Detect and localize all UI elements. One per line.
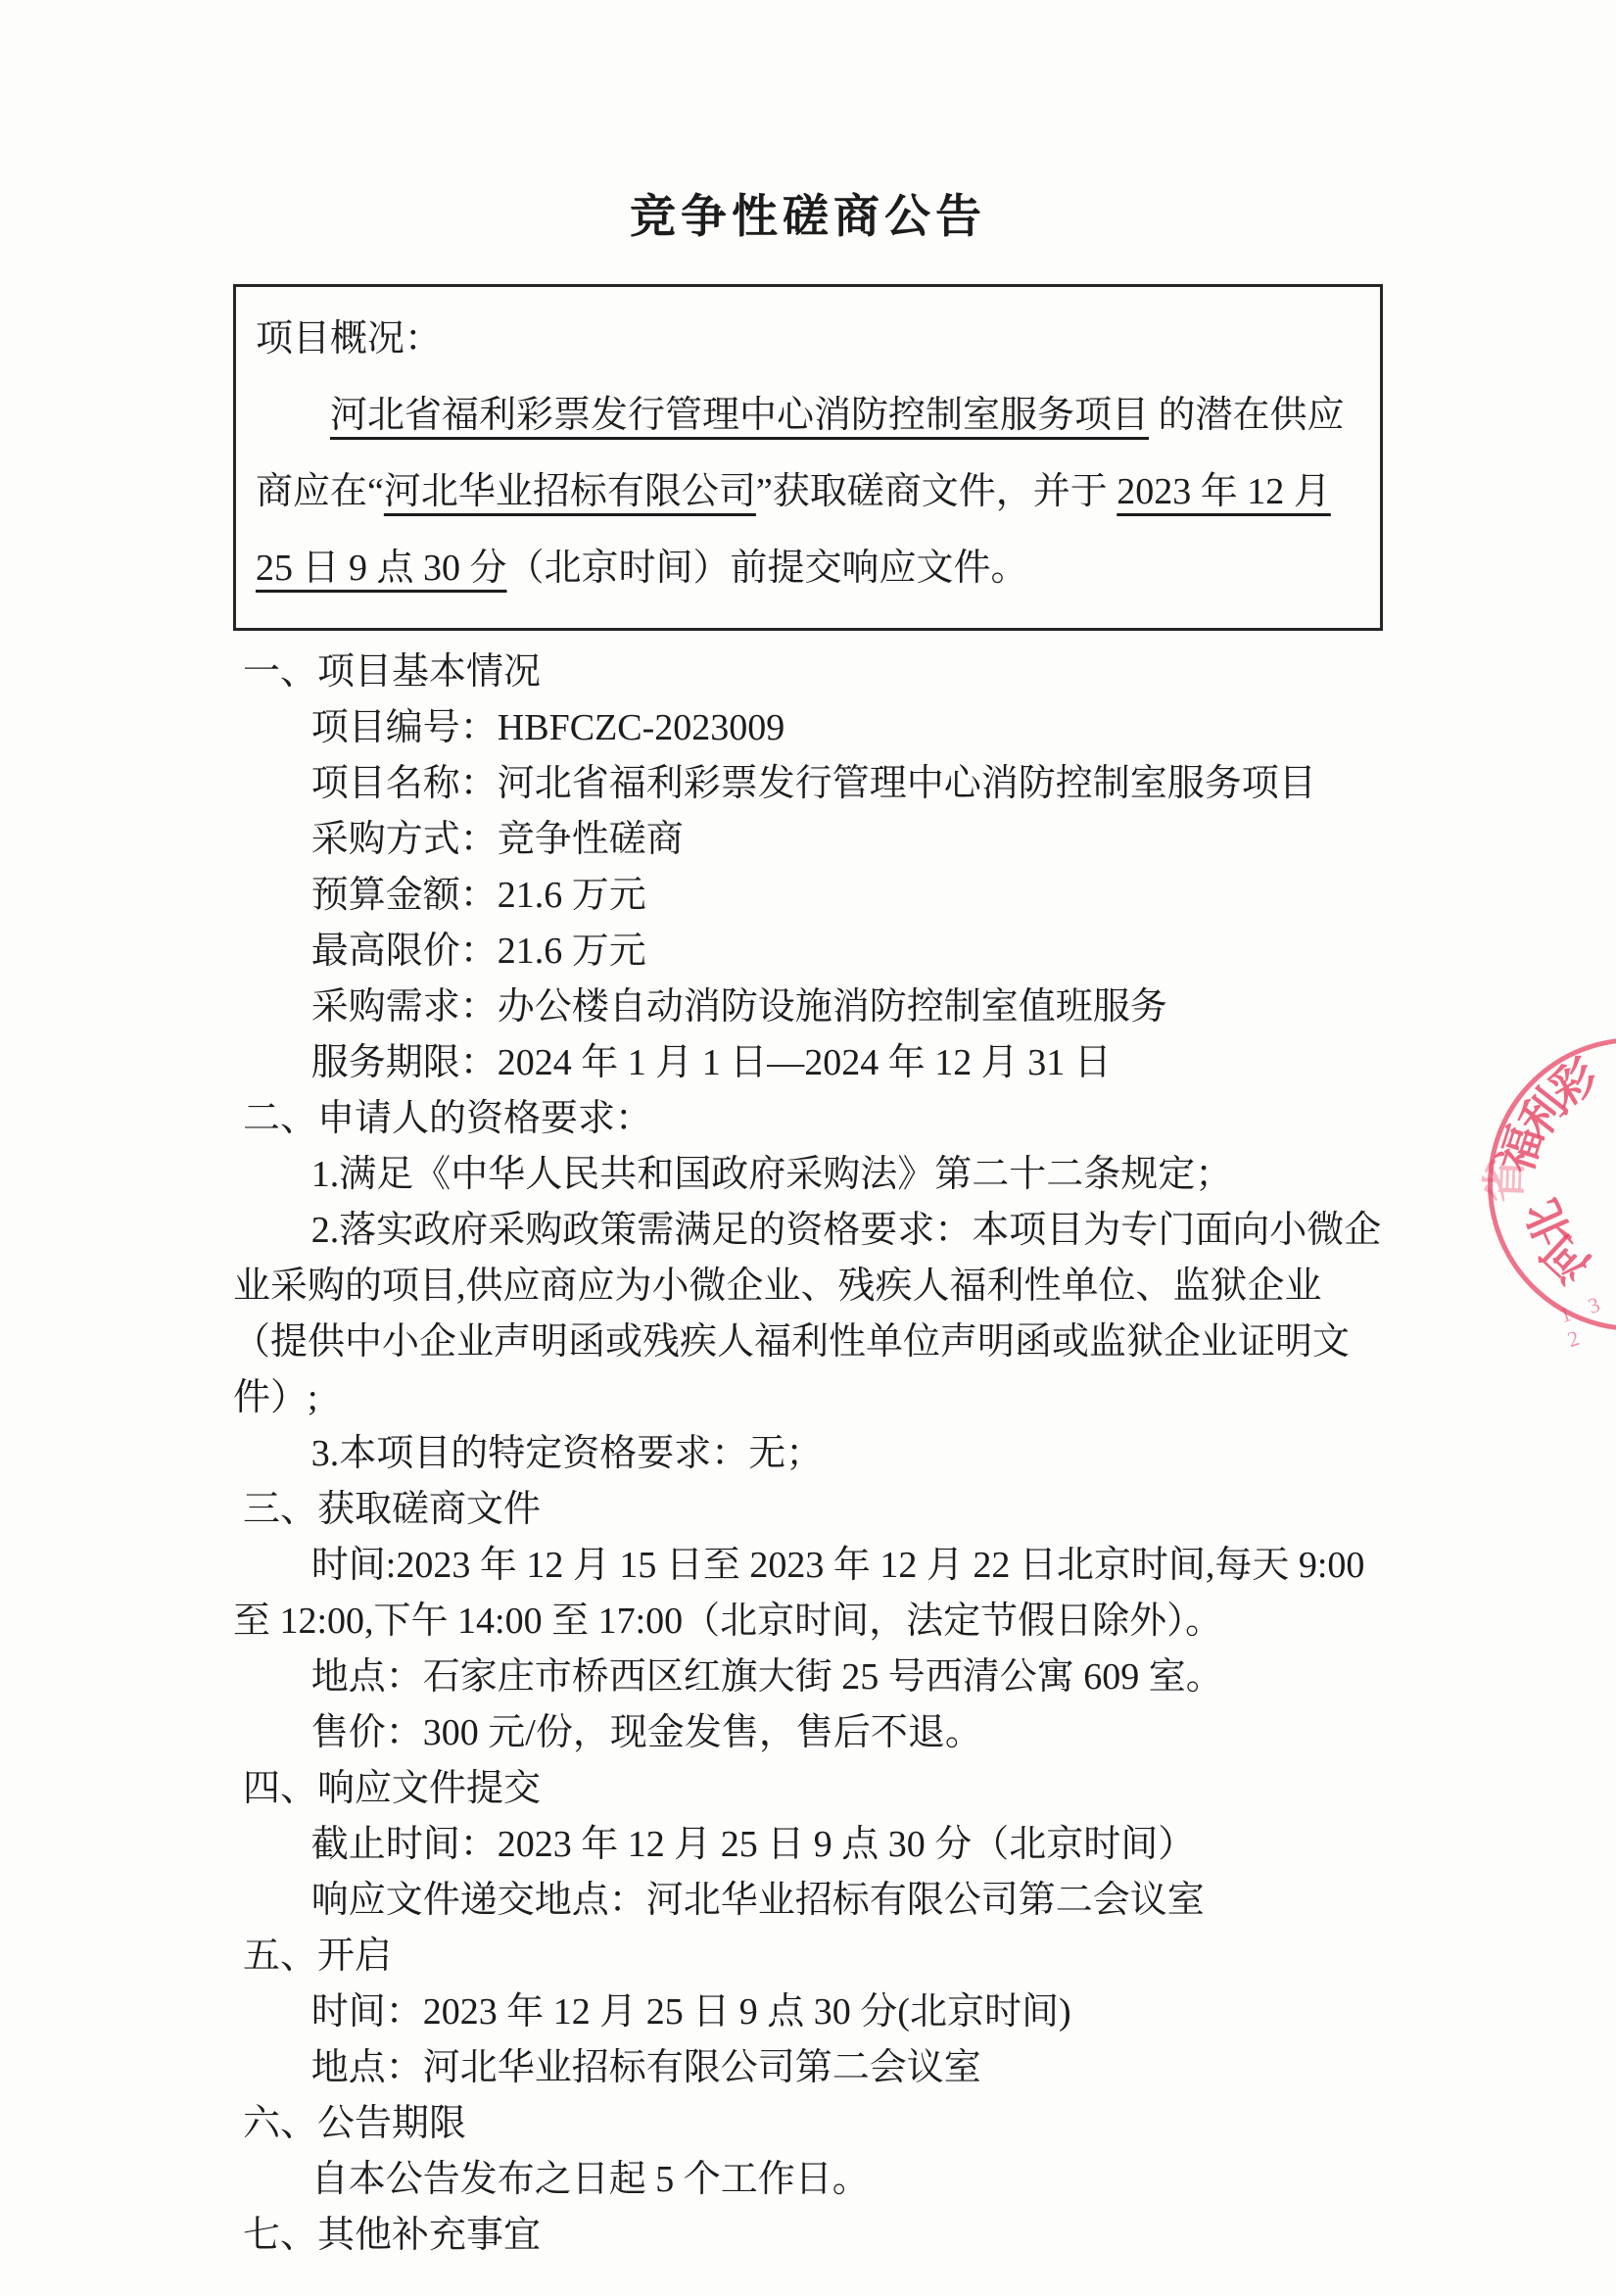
service-period-line: 服务期限：2024 年 1 月 1 日—2024 年 12 月 31 日 (233, 1035, 1383, 1091)
section-response-submission: 四、响应文件提交 截止时间：2023 年 12 月 25 日 9 点 30 分（… (233, 1761, 1383, 1929)
project-number-line: 项目编号：HBFCZC-2023009 (233, 700, 1383, 756)
document-title: 竞争性磋商公告 (233, 188, 1383, 247)
section-announcement-period: 六、公告期限 自本公告发布之日起 5 个工作日。 (233, 2096, 1383, 2208)
obtain-time-line: 时间:2023 年 12 月 15 日至 2023 年 12 月 22 日北京时… (233, 1538, 1383, 1650)
section-heading: 二、申请人的资格要求： (233, 1091, 1383, 1147)
submission-location-line: 响应文件递交地点：河北华业招标有限公司第二会议室 (233, 1873, 1383, 1929)
budget-line: 预算金额：21.6 万元 (233, 868, 1383, 924)
qualification-item-3: 3.本项目的特定资格要求：无； (233, 1426, 1383, 1482)
section-heading: 六、公告期限 (233, 2096, 1383, 2152)
section-opening: 五、开启 时间：2023 年 12 月 25 日 9 点 30 分(北京时间) … (233, 1929, 1383, 2096)
obtain-location-line: 地点：石家庄市桥西区红旗大街 25 号西清公寓 609 室。 (233, 1650, 1383, 1705)
section-other-matters: 七、其他补充事宜 (233, 2208, 1383, 2264)
document-body: 一、项目基本情况 项目编号：HBFCZC-2023009 项目名称：河北省福利彩… (233, 645, 1383, 2264)
opening-location-line: 地点：河北华业招标有限公司第二会议室 (233, 2040, 1383, 2096)
price-cap-line: 最高限价：21.6 万元 (233, 924, 1383, 980)
overview-paragraph: 河北省福利彩票发行管理中心消防控制室服务项目 的潜在供应商应在“河北华业招标有限… (256, 377, 1356, 606)
section-heading: 五、开启 (233, 1929, 1383, 1985)
scanned-document-page: 竞争性磋商公告 项目概况： 河北省福利彩票发行管理中心消防控制室服务项目 的潜在… (0, 0, 1616, 2296)
overview-text-3: （北京时间）前提交响应文件。 (507, 548, 1028, 589)
project-name-underlined: 河北省福利彩票发行管理中心消防控制室服务项目 (330, 395, 1149, 436)
section-obtain-documents: 三、获取磋商文件 时间:2023 年 12 月 15 日至 2023 年 12 … (233, 1482, 1383, 1761)
section-heading: 七、其他补充事宜 (233, 2208, 1383, 2264)
procurement-method-line: 采购方式：竞争性磋商 (233, 812, 1383, 868)
overview-label: 项目概况： (256, 301, 1356, 377)
procurement-need-line: 采购需求：办公楼自动消防设施消防控制室值班服务 (233, 980, 1383, 1035)
submission-deadline-line: 截止时间：2023 年 12 月 25 日 9 点 30 分（北京时间） (233, 1817, 1383, 1873)
section-basic-info: 一、项目基本情况 项目编号：HBFCZC-2023009 项目名称：河北省福利彩… (233, 645, 1383, 1091)
section-heading: 三、获取磋商文件 (233, 1482, 1383, 1538)
document-price-line: 售价：300 元/份，现金发售，售后不退。 (233, 1705, 1383, 1761)
announcement-period-line: 自本公告发布之日起 5 个工作日。 (233, 2152, 1383, 2208)
agency-name-underlined: 河北华业招标有限公司 (384, 471, 756, 512)
project-name-line: 项目名称：河北省福利彩票发行管理中心消防控制室服务项目 (233, 756, 1383, 812)
opening-time-line: 时间：2023 年 12 月 25 日 9 点 30 分(北京时间) (233, 1985, 1383, 2040)
qualification-item-1: 1.满足《中华人民共和国政府采购法》第二十二条规定； (233, 1147, 1383, 1203)
seal-character: 省 (1468, 1157, 1535, 1204)
overview-text-2: ”获取磋商文件，并于 (756, 471, 1117, 512)
section-heading: 四、响应文件提交 (233, 1761, 1383, 1817)
qualification-item-2: 2.落实政府采购政策需满足的资格要求：本项目为专门面向小微企业采购的项目,供应商… (233, 1203, 1383, 1426)
section-applicant-qualifications: 二、申请人的资格要求： 1.满足《中华人民共和国政府采购法》第二十二条规定； 2… (233, 1091, 1383, 1482)
section-heading: 一、项目基本情况 (233, 645, 1383, 700)
project-overview-box: 项目概况： 河北省福利彩票发行管理中心消防控制室服务项目 的潜在供应商应在“河北… (233, 284, 1383, 631)
